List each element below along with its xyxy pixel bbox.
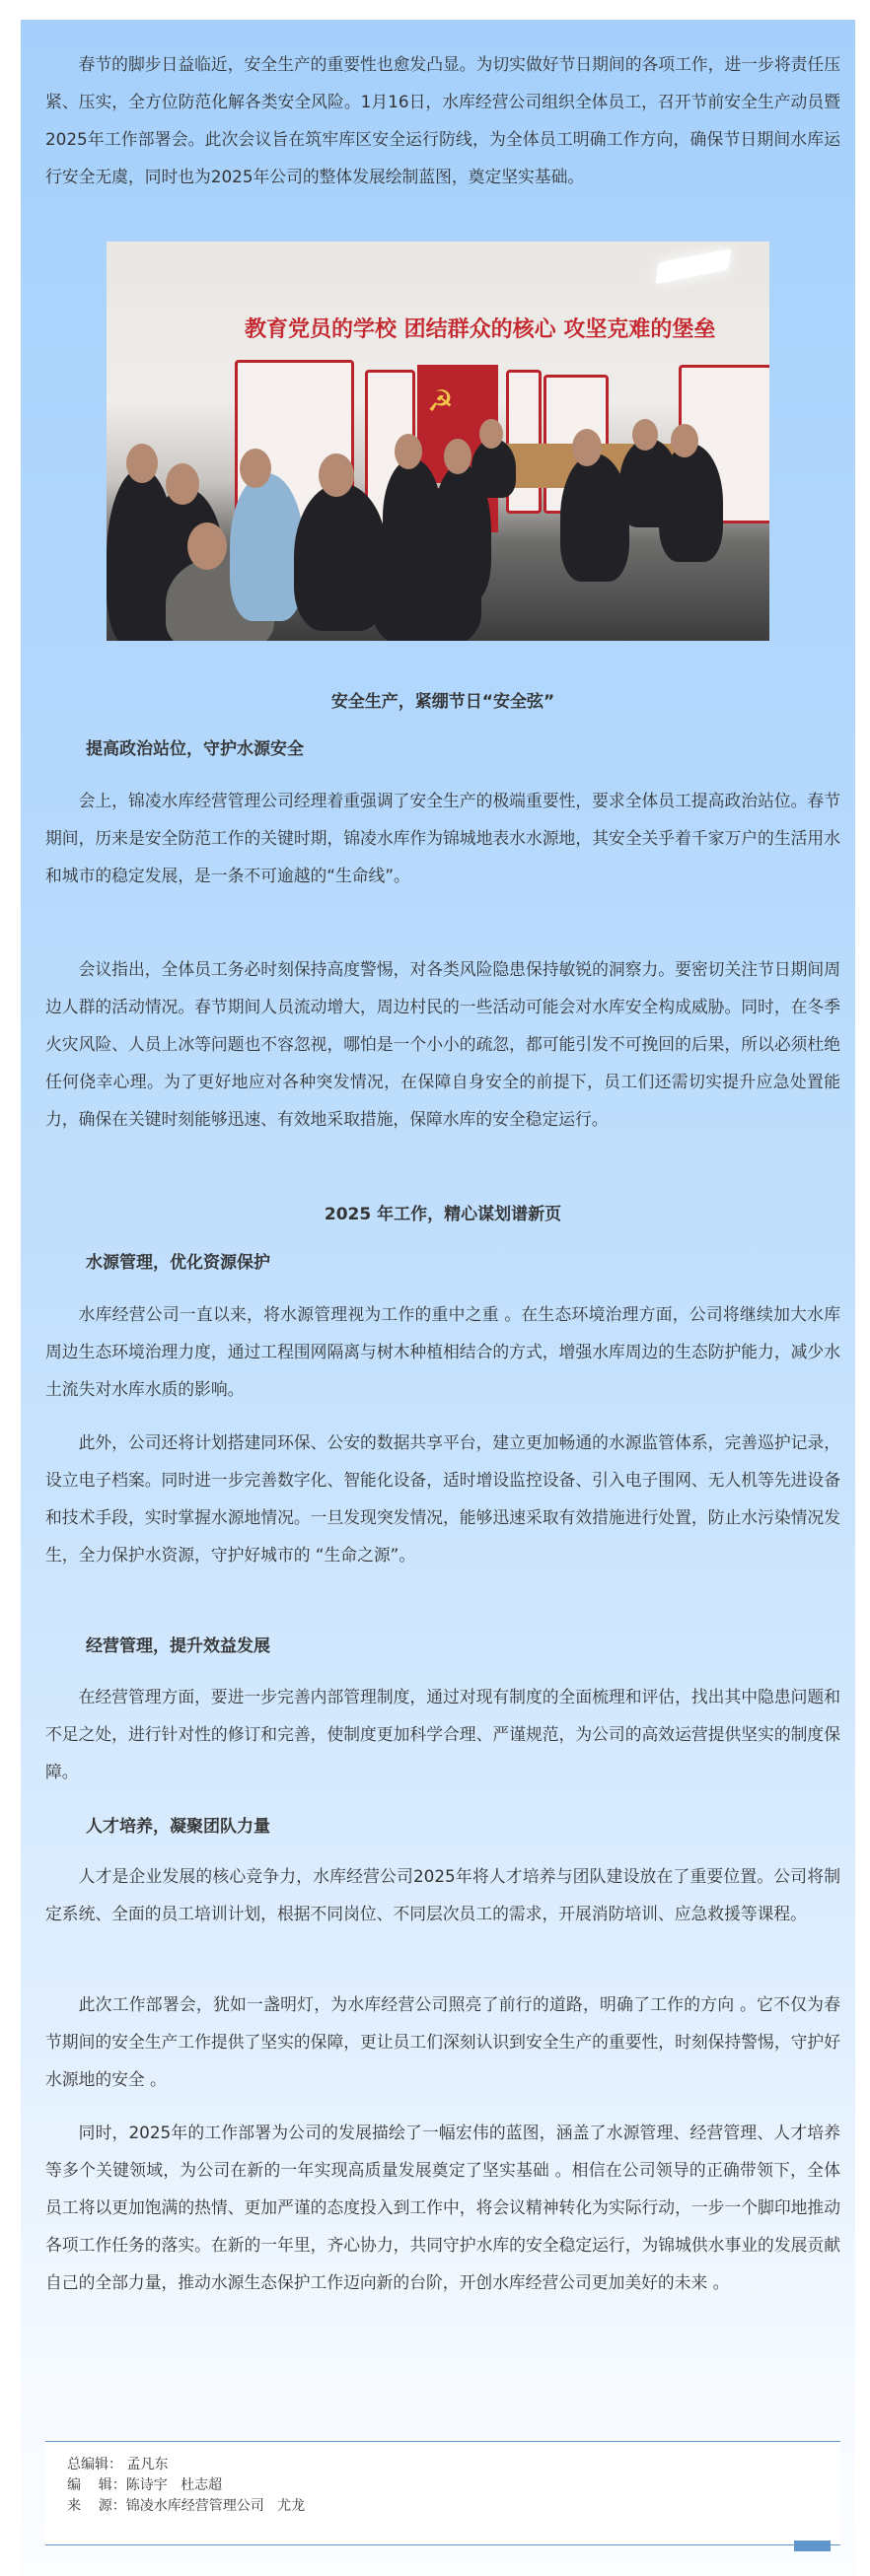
wall-slogan-text: 教育党员的学校 团结群众的核心 攻坚克难的堡垒 [245, 313, 715, 343]
paragraph: 会上，锦凌水库经营管理公司经理着重强调了安全生产的极端重要性，要求全体员工提高政… [45, 782, 840, 894]
attendee [560, 453, 629, 582]
paragraph: 会议指出，全体员工务必时刻保持高度警惕，对各类风险隐患保持敏锐的洞察力。要密切关… [45, 950, 840, 1138]
subsection-title-water-source: 水源管理，优化资源保护 [86, 1248, 270, 1278]
paragraph: 同时，2025年的工作部署为公司的发展描绘了一幅宏伟的蓝图，涵盖了水源管理、经营… [45, 2114, 840, 2301]
hammer-sickle-icon: ☭ [427, 384, 454, 419]
paragraph: 水库经营公司一直以来，将水源管理视为工作的重中之重 。在生态环境治理方面，公司将… [45, 1295, 840, 1408]
subsection-title-talent: 人才培养，凝聚团队力量 [86, 1812, 270, 1842]
attendee-head [187, 522, 227, 570]
attendee-head [671, 424, 698, 457]
attendee-head [395, 434, 422, 469]
chief-editor-credit: 总编辑： 孟凡东 [67, 2455, 168, 2474]
paragraph: 此次工作部署会，犹如一盏明灯，为水库经营公司照亮了前行的道路，明确了工作的方向 … [45, 1985, 840, 2098]
attendee-head [632, 419, 658, 451]
paragraph: 此外，公司还将计划搭建同环保、公安的数据共享平台，建立更加畅通的水源监管体系，完… [45, 1424, 840, 1573]
attendee-head [479, 419, 503, 449]
credits-box: 总编辑： 孟凡东 编 辑：陈诗宇 杜志超 来 源：锦凌水库经营管理公司 尤龙 [45, 2441, 840, 2545]
source-credit: 来 源：锦凌水库经营管理公司 尤龙 [67, 2496, 305, 2516]
attendee-head [240, 449, 271, 488]
paragraph: 人才是企业发展的核心竞争力，水库经营公司2025年将人才培养与团队建设放在了重要… [45, 1857, 840, 1932]
intro-paragraph: 春节的脚步日益临近，安全生产的重要性也愈发凸显。为切实做好节日期间的各项工作，进… [45, 45, 840, 195]
attendee [659, 444, 723, 562]
attendee-head [319, 453, 354, 497]
attendee-head [444, 439, 471, 474]
meeting-photo: 教育党员的学校 团结群众的核心 攻坚克难的堡垒 ☭ [107, 242, 769, 641]
footer-accent-block [794, 2541, 831, 2551]
subsection-title-operations: 经营管理，提升效益发展 [86, 1632, 270, 1661]
section-title-safety: 安全生产，紧绷节日“安全弦” [45, 687, 840, 717]
paragraph: 在经营管理方面，要进一步完善内部管理制度，通过对现有制度的全面梳理和评估，找出其… [45, 1678, 840, 1790]
attendee [230, 473, 304, 621]
editors-credit: 编 辑：陈诗宇 杜志超 [67, 2475, 222, 2495]
attendee-head [126, 444, 158, 483]
section-title-2025-work: 2025 年工作，精心谋划谱新页 [45, 1200, 840, 1229]
ceiling-light [655, 248, 731, 284]
attendee-head [572, 429, 602, 466]
attendee-head [166, 463, 199, 505]
subsection-title-political: 提高政治站位，守护水源安全 [86, 734, 304, 764]
